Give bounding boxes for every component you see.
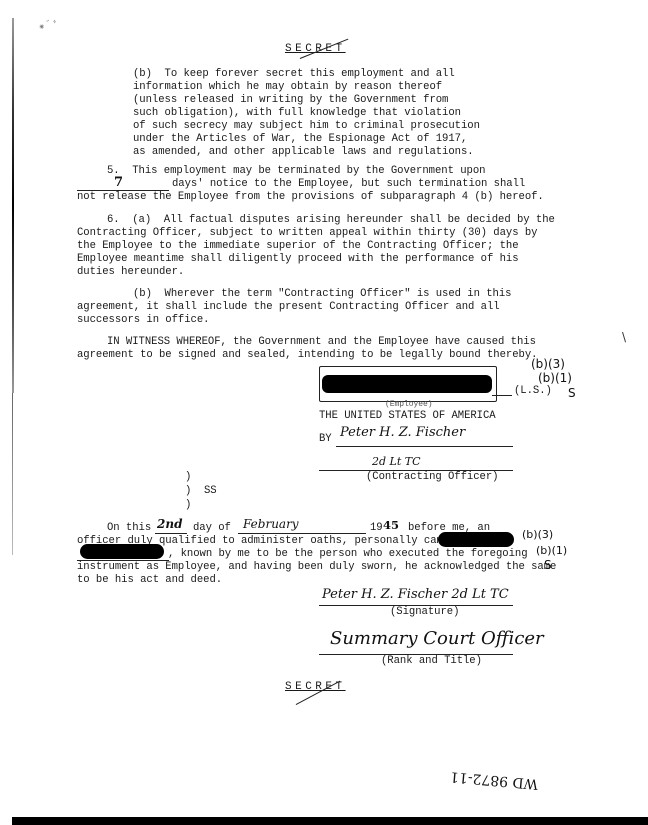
scan-edge-line-lower bbox=[12, 393, 13, 555]
by-label: BY bbox=[319, 433, 332, 446]
redaction-code: (b)(3) bbox=[531, 357, 565, 371]
redaction-code: S bbox=[544, 558, 552, 572]
para-line: duties hereunder. bbox=[77, 266, 184, 279]
file-number-annotation: WD 9872-11 bbox=[449, 768, 538, 792]
redaction-code: (b)(1) bbox=[538, 371, 572, 385]
scan-bottom-edge bbox=[12, 817, 648, 825]
para-line: agreement, it shall include the present … bbox=[77, 301, 500, 314]
para-line: successors in office. bbox=[77, 314, 209, 327]
para-line: information which he may obtain by reaso… bbox=[133, 81, 442, 94]
para-line: days' notice to the Employee, but such t… bbox=[172, 178, 525, 191]
ack-text: day of bbox=[193, 522, 231, 535]
para-line: IN WITNESS WHEREOF, the Government and t… bbox=[107, 336, 536, 349]
ack-text: to be his act and deed. bbox=[77, 574, 222, 587]
para-line: Employee meantime shall diligently proce… bbox=[77, 253, 519, 266]
redaction-code: (b)(1) bbox=[536, 544, 567, 557]
para-line: of such secrecy may subject him to crimi… bbox=[133, 120, 480, 133]
document-page: ⁕ ˘ ⸗ SECRET (b) To keep forever secret … bbox=[0, 0, 648, 825]
contracting-officer-rank: 2d Lt TC bbox=[372, 455, 421, 468]
para-line: Contracting Officer, subject to written … bbox=[77, 227, 537, 240]
signature-line bbox=[492, 395, 512, 396]
para-line: (b) Wherever the term "Contracting Offic… bbox=[133, 288, 511, 301]
stray-mark: \ bbox=[622, 330, 626, 344]
para-line: agreement to be signed and sealed, inten… bbox=[77, 349, 537, 362]
ack-year-prefix: 19 bbox=[370, 522, 383, 535]
redaction-code: S bbox=[568, 386, 576, 400]
notice-days-value: 7 bbox=[114, 175, 123, 190]
para-line: 5. This employment may be terminated by … bbox=[107, 165, 485, 178]
ack-text: , known by me to be the person who execu… bbox=[168, 548, 528, 561]
stray-marks: ⁕ ˘ ⸗ bbox=[37, 17, 58, 33]
para-line: (unless released in writing by the Gover… bbox=[133, 94, 448, 107]
party-name: THE UNITED STATES OF AMERICA bbox=[319, 410, 496, 423]
seal-label: (L.S.) bbox=[514, 385, 552, 398]
para-line: under the Articles of War, the Espionage… bbox=[133, 133, 467, 146]
blank-line bbox=[238, 533, 366, 534]
ack-month: February bbox=[243, 517, 299, 531]
venue-bracket: ) bbox=[185, 471, 191, 484]
redacted-name bbox=[80, 544, 164, 559]
contracting-officer-signature: Peter H. Z. Fischer bbox=[340, 425, 465, 440]
ack-year: 45 bbox=[383, 518, 399, 532]
ack-text: On this bbox=[107, 522, 151, 535]
signature-caption: (Signature) bbox=[390, 606, 459, 619]
notary-title: Summary Court Officer bbox=[330, 628, 544, 649]
para-line: 6. (a) All factual disputes arising here… bbox=[107, 214, 555, 227]
classification-header: SECRET bbox=[285, 43, 346, 55]
redacted-employee-name bbox=[322, 375, 492, 393]
venue-bracket: ) bbox=[185, 485, 191, 498]
signature-line bbox=[336, 446, 513, 447]
para-line: not release the Employee from the provis… bbox=[77, 191, 544, 204]
para-line: as amended, and other applicable laws an… bbox=[133, 146, 474, 159]
ack-day: 2nd bbox=[157, 517, 182, 531]
contracting-officer-caption: (Contracting Officer) bbox=[366, 471, 498, 484]
para-line: (b) To keep forever secret this employme… bbox=[133, 68, 455, 81]
redacted-name bbox=[438, 532, 514, 547]
notary-signature: Peter H. Z. Fischer 2d Lt TC bbox=[322, 587, 509, 602]
scan-edge-line bbox=[12, 18, 14, 393]
title-caption: (Rank and Title) bbox=[381, 655, 482, 668]
redaction-code: (b)(3) bbox=[522, 528, 553, 541]
para-line: the Employee to the immediate superior o… bbox=[77, 240, 519, 253]
venue-ss: SS bbox=[204, 485, 217, 498]
venue-bracket: ) bbox=[185, 499, 191, 512]
ack-text: instrument as Employee, and having been … bbox=[77, 561, 556, 574]
blank-line bbox=[155, 533, 187, 534]
para-line: such obligation), with full knowledge th… bbox=[133, 107, 461, 120]
